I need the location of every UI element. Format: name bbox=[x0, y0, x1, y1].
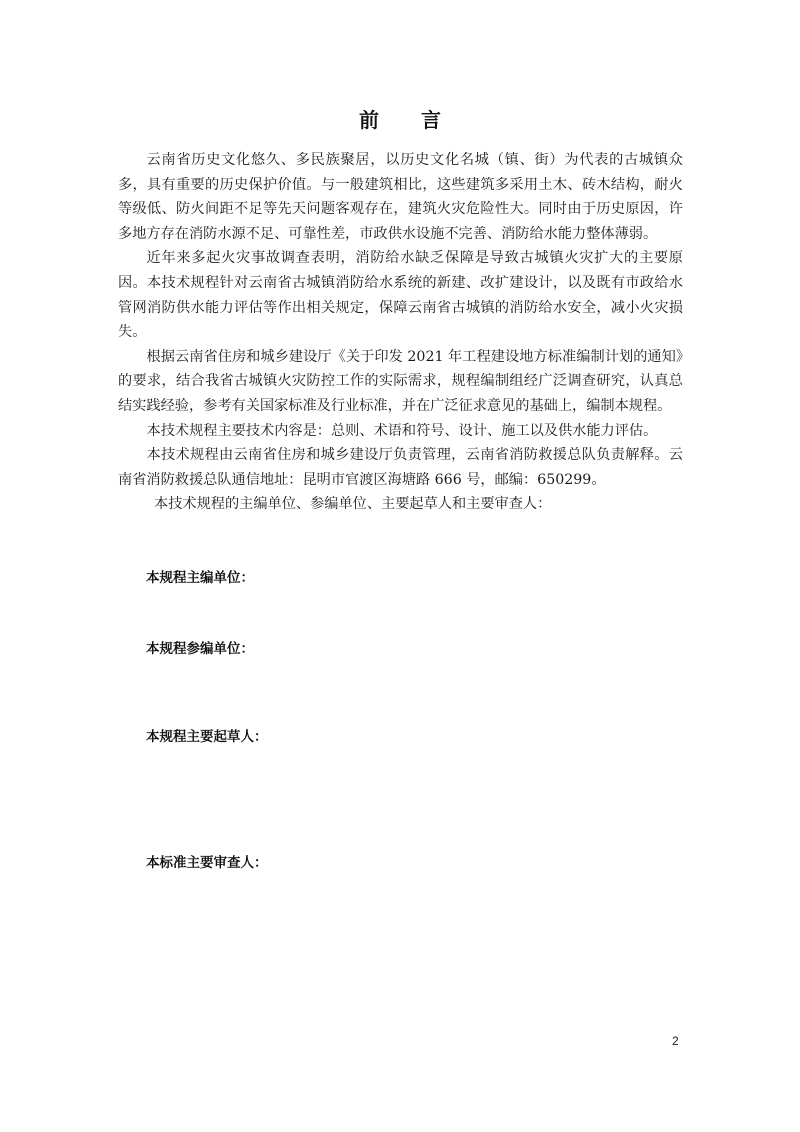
preface-body: 云南省历史文化悠久、多民族聚居，以历史文化名城（镇、街）为代表的古城镇众多，具有… bbox=[118, 148, 683, 517]
paragraph-background: 云南省历史文化悠久、多民族聚居，以历史文化名城（镇、街）为代表的古城镇众多，具有… bbox=[118, 148, 683, 246]
page-number: 2 bbox=[672, 1034, 679, 1048]
section-chief-editor-unit: 本规程主编单位： bbox=[146, 566, 254, 586]
paragraph-purpose: 近年来多起火灾事故调查表明，消防给水缺乏保障是导致古城镇火灾扩大的主要原因。本技… bbox=[118, 246, 683, 344]
title-char-2: 言 bbox=[421, 108, 441, 132]
paragraph-basis: 根据云南省住房和城乡建设厅《关于印发 2021 年工程建设地方标准编制计划的通知… bbox=[118, 345, 683, 419]
paragraph-list-intro: 本技术规程的主编单位、参编单位、主要起草人和主要审查人： bbox=[118, 492, 683, 517]
paragraph-management: 本技术规程由云南省住房和城乡建设厅负责管理，云南省消防救援总队负责解释。云南省消… bbox=[118, 443, 683, 492]
document-page: 前言 云南省历史文化悠久、多民族聚居，以历史文化名城（镇、街）为代表的古城镇众多… bbox=[0, 0, 800, 1132]
title-char-1: 前 bbox=[359, 108, 379, 132]
section-main-reviewers: 本标准主要审查人： bbox=[146, 851, 268, 871]
page-title: 前言 bbox=[0, 104, 800, 133]
section-main-drafters: 本规程主要起草人： bbox=[146, 725, 268, 745]
section-participating-units: 本规程参编单位： bbox=[146, 637, 254, 657]
paragraph-contents: 本技术规程主要技术内容是：总则、术语和符号、设计、施工以及供水能力评估。 bbox=[118, 419, 683, 444]
